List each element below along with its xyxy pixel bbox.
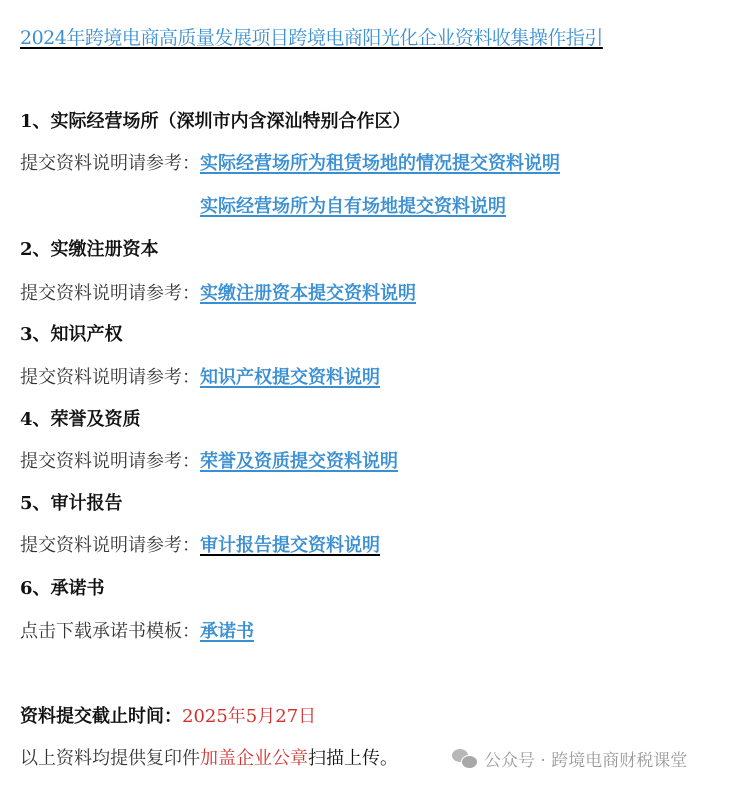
section-heading-paid-in-capital: 2、实缴注册资本 bbox=[20, 238, 159, 262]
note-highlight: 加盖企业公章 bbox=[200, 748, 308, 769]
wechat-watermark: 公众号 · 跨境电商财税课堂 bbox=[452, 746, 687, 771]
reference-label: 提交资料说明请参考： bbox=[20, 451, 200, 472]
section-heading-audit-report: 5、审计报告 bbox=[20, 492, 123, 516]
deadline-value: 2025年5月27日 bbox=[182, 706, 316, 727]
section-heading-honors-qualifications: 4、荣誉及资质 bbox=[20, 408, 141, 432]
link-paid-in-capital-guide[interactable]: 实缴注册资本提交资料说明 bbox=[200, 283, 416, 304]
link-commitment-letter-template[interactable]: 承诺书 bbox=[200, 621, 254, 642]
reference-label: 提交资料说明请参考： bbox=[20, 535, 200, 556]
reference-label: 提交资料说明请参考： bbox=[20, 367, 200, 388]
section-row-business-premises: 提交资料说明请参考：实际经营场所为租赁场地的情况提交资料说明 bbox=[20, 152, 560, 176]
section-row-owned-premises: 实际经营场所为自有场地提交资料说明 bbox=[200, 195, 506, 219]
section-heading-business-premises: 1、实际经营场所（深圳市内含深汕特别合作区） bbox=[20, 110, 411, 134]
watermark-text: 公众号 · 跨境电商财税课堂 bbox=[484, 746, 687, 771]
section-row-audit-report: 提交资料说明请参考：审计报告提交资料说明 bbox=[20, 534, 380, 558]
section-heading-commitment-letter: 6、承诺书 bbox=[20, 577, 105, 601]
deadline-row: 资料提交截止时间：2025年5月27日 bbox=[20, 705, 316, 729]
section-heading-intellectual-property: 3、知识产权 bbox=[20, 323, 123, 347]
note-suffix: 扫描上传。 bbox=[308, 748, 398, 769]
page-title[interactable]: 2024年跨境电商高质量发展项目跨境电商阳光化企业资料收集操作指引 bbox=[20, 26, 603, 50]
reference-label: 提交资料说明请参考： bbox=[20, 153, 200, 174]
note-prefix: 以上资料均提供复印件 bbox=[20, 748, 200, 769]
link-honors-qualifications-guide[interactable]: 荣誉及资质提交资料说明 bbox=[200, 451, 398, 472]
section-row-commitment-letter: 点击下载承诺书模板：承诺书 bbox=[20, 620, 254, 644]
link-owned-premises-guide[interactable]: 实际经营场所为自有场地提交资料说明 bbox=[200, 196, 506, 217]
section-row-paid-in-capital: 提交资料说明请参考：实缴注册资本提交资料说明 bbox=[20, 282, 416, 306]
link-intellectual-property-guide[interactable]: 知识产权提交资料说明 bbox=[200, 367, 380, 388]
reference-label: 提交资料说明请参考： bbox=[20, 283, 200, 304]
link-leased-premises-guide[interactable]: 实际经营场所为租赁场地的情况提交资料说明 bbox=[200, 153, 560, 174]
deadline-label: 资料提交截止时间： bbox=[20, 706, 182, 727]
link-audit-report-guide[interactable]: 审计报告提交资料说明 bbox=[200, 535, 380, 556]
section-row-intellectual-property: 提交资料说明请参考：知识产权提交资料说明 bbox=[20, 366, 380, 390]
upload-note: 以上资料均提供复印件加盖企业公章扫描上传。 bbox=[20, 747, 398, 771]
section-row-honors-qualifications: 提交资料说明请参考：荣誉及资质提交资料说明 bbox=[20, 450, 398, 474]
wechat-icon bbox=[452, 748, 478, 770]
download-label: 点击下载承诺书模板： bbox=[20, 621, 200, 642]
